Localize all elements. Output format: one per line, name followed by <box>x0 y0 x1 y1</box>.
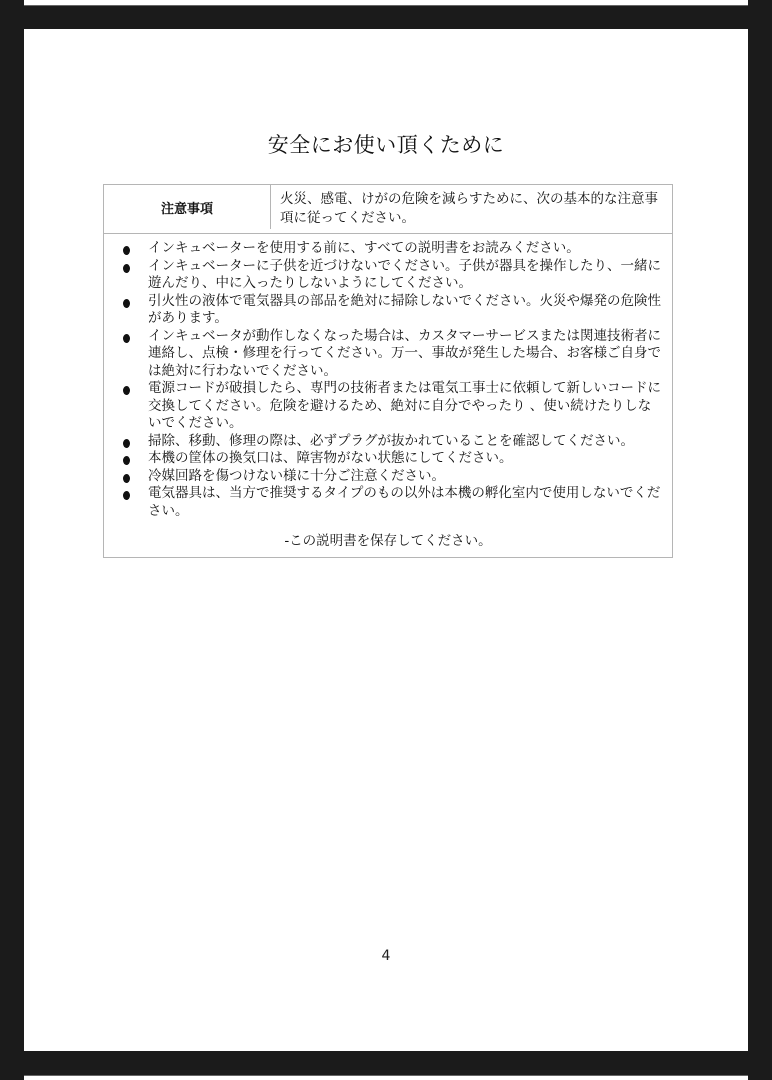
keep-manual-note: -この説明書を保存してください。 <box>104 520 672 557</box>
bullet-icon <box>104 293 148 328</box>
next-page-edge <box>24 1075 748 1080</box>
list-item: 掃除、移動、修理の際は、必ずプラグが抜かれていることを確認してください。 <box>104 433 662 451</box>
list-item: 冷媒回路を傷つけない様に十分ご注意ください。 <box>104 468 662 486</box>
previous-page-edge <box>24 0 748 6</box>
bullet-icon <box>104 328 148 381</box>
notice-header-row: 注意事項 火災、感電、けがの危険を減らすために、次の基本的な注意事項に従ってくだ… <box>104 185 672 234</box>
page-title: 安全にお使い頂くために <box>24 129 748 159</box>
bullet-icon <box>104 240 148 258</box>
page-number: 4 <box>24 948 748 964</box>
list-item: 電気器具は、当方で推奨するタイプのもの以外は本機の孵化室内で使用しないでください… <box>104 485 662 520</box>
bullet-icon <box>104 485 148 520</box>
safety-list: インキュベーターを使用する前に、すべての説明書をお読みください。 インキュベータ… <box>104 234 672 520</box>
list-item: 引火性の液体で電気器具の部品を絶対に掃除しないでください。火災や爆発の危険性があ… <box>104 293 662 328</box>
bullet-icon <box>104 450 148 468</box>
list-item: 電源コードが破損したら、専門の技術者または電気工事士に依頼して新しいコードに交換… <box>104 380 662 433</box>
list-item: インキュベーターに子供を近づけないでください。子供が器具を操作したり、一緒に遊ん… <box>104 258 662 293</box>
bullet-icon <box>104 468 148 486</box>
safety-notice-table: 注意事項 火災、感電、けがの危険を減らすために、次の基本的な注意事項に従ってくだ… <box>103 184 673 558</box>
bullet-icon <box>104 380 148 433</box>
notice-text: 火災、感電、けがの危険を減らすために、次の基本的な注意事項に従ってください。 <box>271 185 672 233</box>
list-item: 本機の筐体の換気口は、障害物がない状態にしてください。 <box>104 450 662 468</box>
notice-label: 注意事項 <box>104 185 271 229</box>
bullet-icon <box>104 258 148 293</box>
list-item: インキュベータが動作しなくなった場合は、カスタマーサービスまたは関連技術者に連絡… <box>104 328 662 381</box>
list-item: インキュベーターを使用する前に、すべての説明書をお読みください。 <box>104 240 662 258</box>
bullet-icon <box>104 433 148 451</box>
document-page: 安全にお使い頂くために 注意事項 火災、感電、けがの危険を減らすために、次の基本… <box>24 29 748 1051</box>
